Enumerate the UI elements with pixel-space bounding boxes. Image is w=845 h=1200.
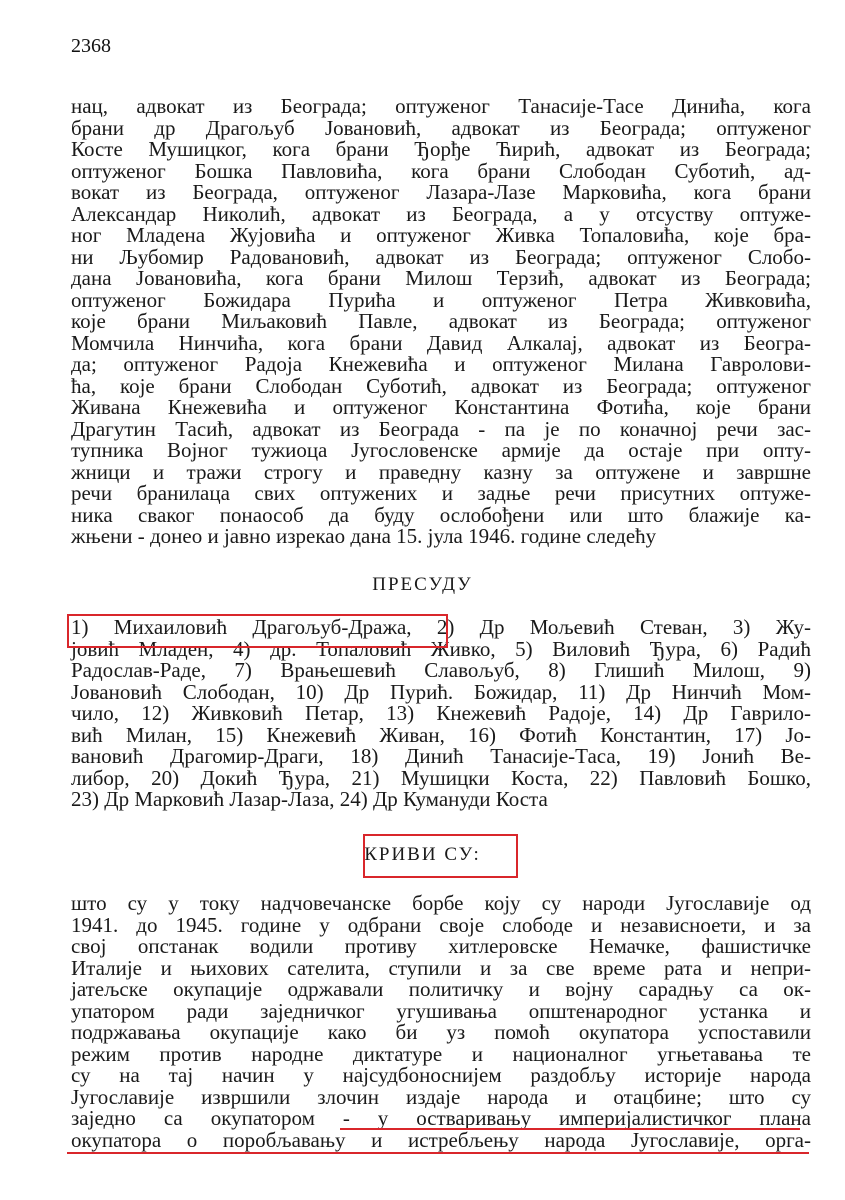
text-line: ног Младена Жујовића и оптуженог Живка Т…: [71, 225, 811, 247]
text-line: либор, 20) Докић Ђура, 21) Мушицки Коста…: [71, 768, 811, 790]
text-line: жници и тражи строгу и праведну казну за…: [71, 462, 811, 484]
text-line: Јовановић Слободан, 10) Др Пурић. Божида…: [71, 682, 811, 704]
text-line: подржавања окупације како би уз помоћ ок…: [71, 1022, 811, 1044]
text-line: Живана Кнежевића и оптуженог Константина…: [71, 397, 811, 419]
underline-annotation-1: [340, 1128, 800, 1130]
text-line: жњени - донео и јавно изрекао дана 15. ј…: [71, 526, 811, 548]
text-line: оптуженог Бошка Павловића, кога брани Сл…: [71, 161, 811, 183]
paragraph-defense-counsel: нац, адвокат из Београда; оптуженог Тана…: [71, 96, 811, 548]
text-line: чило, 12) Живковић Петар, 13) Кнежевић Р…: [71, 703, 811, 725]
text-line: Драгутин Тасић, адвокат из Београда - па…: [71, 419, 811, 441]
text-line: речи бранилаца свих оптужених и задње ре…: [71, 483, 811, 505]
text-line: јатељске окупације одржавали политичку и…: [71, 979, 811, 1001]
text-line: Косте Мушицког, кога брани Ђорђе Ћирић, …: [71, 139, 811, 161]
text-line: брани др Драгољуб Јовановић, адвокат из …: [71, 118, 811, 140]
text-line: окупатора о поробљавању и истребљењу нар…: [71, 1130, 811, 1152]
page-number: 2368: [71, 35, 111, 58]
text-line: Александар Николић, адвокат из Београда,…: [71, 204, 811, 226]
text-line: тупника Војног тужиоца Југословенске арм…: [71, 440, 811, 462]
highlight-box-defendant-1: [67, 614, 448, 648]
heading-verdict: ПРЕСУДУ: [0, 574, 845, 596]
text-line: су на тај начин у најсудбоноснијем раздо…: [71, 1065, 811, 1087]
text-line: 1941. до 1945. године у одбрани своје сл…: [71, 915, 811, 937]
text-line: ћа, које брани Слободан Суботић, адвокат…: [71, 376, 811, 398]
text-line: дана Јовановића, кога брани Милош Терзић…: [71, 268, 811, 290]
highlight-box-guilty-heading: [363, 834, 518, 878]
text-line: вановић Драгомир-Драги, 18) Динић Танаси…: [71, 746, 811, 768]
text-line: вокат из Београда, оптуженог Лазара-Лазе…: [71, 182, 811, 204]
text-line: свој опстанак водили противу хитлеровске…: [71, 936, 811, 958]
text-line: режим против народне диктатуре и национа…: [71, 1044, 811, 1066]
paragraph-charges: што су у току надчовечанске борбе коју с…: [71, 893, 811, 1151]
text-line: које брани Миљаковић Павле, адвокат из Б…: [71, 311, 811, 333]
text-line: Момчила Нинчића, кога брани Давид Алкала…: [71, 333, 811, 355]
text-line: 23) Др Марковић Лазар-Лаза, 24) Др Куман…: [71, 789, 811, 811]
text-line: вић Милан, 15) Кнежевић Живан, 16) Фотић…: [71, 725, 811, 747]
text-line: што су у току надчовечанске борбе коју с…: [71, 893, 811, 915]
text-line: Италије и њихових сателита, ступили и за…: [71, 958, 811, 980]
text-line: ни Љубомир Радовановић, адвокат из Беогр…: [71, 247, 811, 269]
text-line: Радослав-Раде, 7) Врањешевић Славољуб, 8…: [71, 660, 811, 682]
text-line: Југославије извршили злочин издаје народ…: [71, 1087, 811, 1109]
text-line: ника сваког понаособ да буду ослобођени …: [71, 505, 811, 527]
text-line: да; оптуженог Радоја Кнежевића и оптужен…: [71, 354, 811, 376]
underline-annotation-2: [67, 1152, 809, 1154]
text-line: заједно са окупатором - у остваривању им…: [71, 1108, 811, 1130]
text-line: упатором ради заједничког угушивања општ…: [71, 1001, 811, 1023]
text-line: нац, адвокат из Београда; оптуженог Тана…: [71, 96, 811, 118]
text-line: оптуженог Божидара Пурића и оптуженог Пе…: [71, 290, 811, 312]
document-page: 2368 нац, адвокат из Београда; оптуженог…: [0, 0, 845, 1200]
